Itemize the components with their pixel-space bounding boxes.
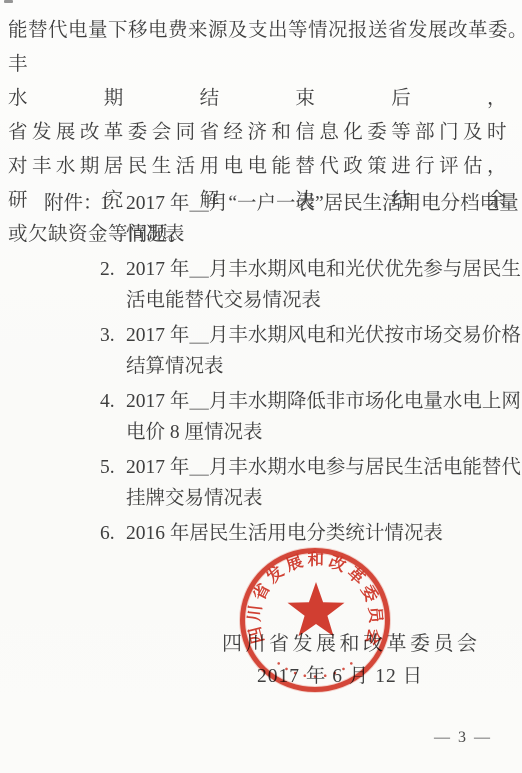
attachment-title-line: 2017 年＿月丰水期风电和光伏优先参与居民生	[126, 254, 521, 285]
document-page: 能替代电量下移电费来源及支出等情况报送省发展改革委。丰 水期结束后，省发展改革委…	[0, 0, 522, 773]
attachment-title-line: 2016 年居民生活用电分类统计情况表	[126, 518, 520, 549]
attachment-title-line: 2017 年＿月丰水期水电参与居民生活电能替代	[126, 452, 521, 483]
attachment-item: 6. 2016 年居民生活用电分类统计情况表	[100, 518, 520, 549]
paragraph-line: 能替代电量下移电费来源及支出等情况报送省发展改革委。丰	[8, 14, 507, 82]
attachment-number: 1.	[100, 188, 126, 250]
attachment-item: 3. 2017 年＿月丰水期风电和光伏按市场交易价格 结算情况表	[100, 320, 520, 382]
attachment-item: 2. 2017 年＿月丰水期风电和光伏优先参与居民生 活电能替代交易情况表	[100, 254, 520, 316]
attachments-list: 1. 2017 年＿月“一户一表”居民生活用电分档电量 情况表 2. 2017 …	[100, 188, 520, 549]
attachment-title-line: 2017 年＿月丰水期降低非市场化电量水电上网	[126, 386, 521, 417]
attachment-item: 5. 2017 年＿月丰水期水电参与居民生活电能替代 挂牌交易情况表	[100, 452, 520, 514]
attachment-title-line: 挂牌交易情况表	[126, 483, 521, 514]
attachment-number: 6.	[100, 518, 126, 549]
attachment-title-line: 2017 年＿月“一户一表”居民生活用电分档电量	[126, 188, 520, 219]
attachment-number: 2.	[100, 254, 126, 316]
attachment-number: 5.	[100, 452, 126, 514]
attachment-title-line: 活电能替代交易情况表	[126, 285, 521, 316]
attachment-title-line: 电价 8 厘情况表	[126, 417, 521, 448]
official-seal: 四川省发展和改革委员会	[237, 546, 393, 696]
attachments-label: 附件：	[44, 188, 103, 219]
attachment-title-line: 情况表	[126, 219, 520, 250]
seal-code-dots	[277, 662, 352, 678]
attachment-number: 3.	[100, 320, 126, 382]
seal-star	[288, 582, 345, 636]
attachment-item: 1. 2017 年＿月“一户一表”居民生活用电分档电量 情况表	[100, 188, 520, 250]
attachment-number: 4.	[100, 386, 126, 448]
attachment-title-line: 结算情况表	[126, 351, 521, 382]
page-number: — 3 —	[434, 729, 492, 747]
paragraph-line: 水期结束后，省发展改革委会同省经济和信息化委等部门及时	[8, 82, 507, 150]
attachment-title-line: 2017 年＿月丰水期风电和光伏按市场交易价格	[126, 320, 521, 351]
attachment-item: 4. 2017 年＿月丰水期降低非市场化电量水电上网 电价 8 厘情况表	[100, 386, 520, 448]
scan-artifact	[4, 0, 13, 3]
